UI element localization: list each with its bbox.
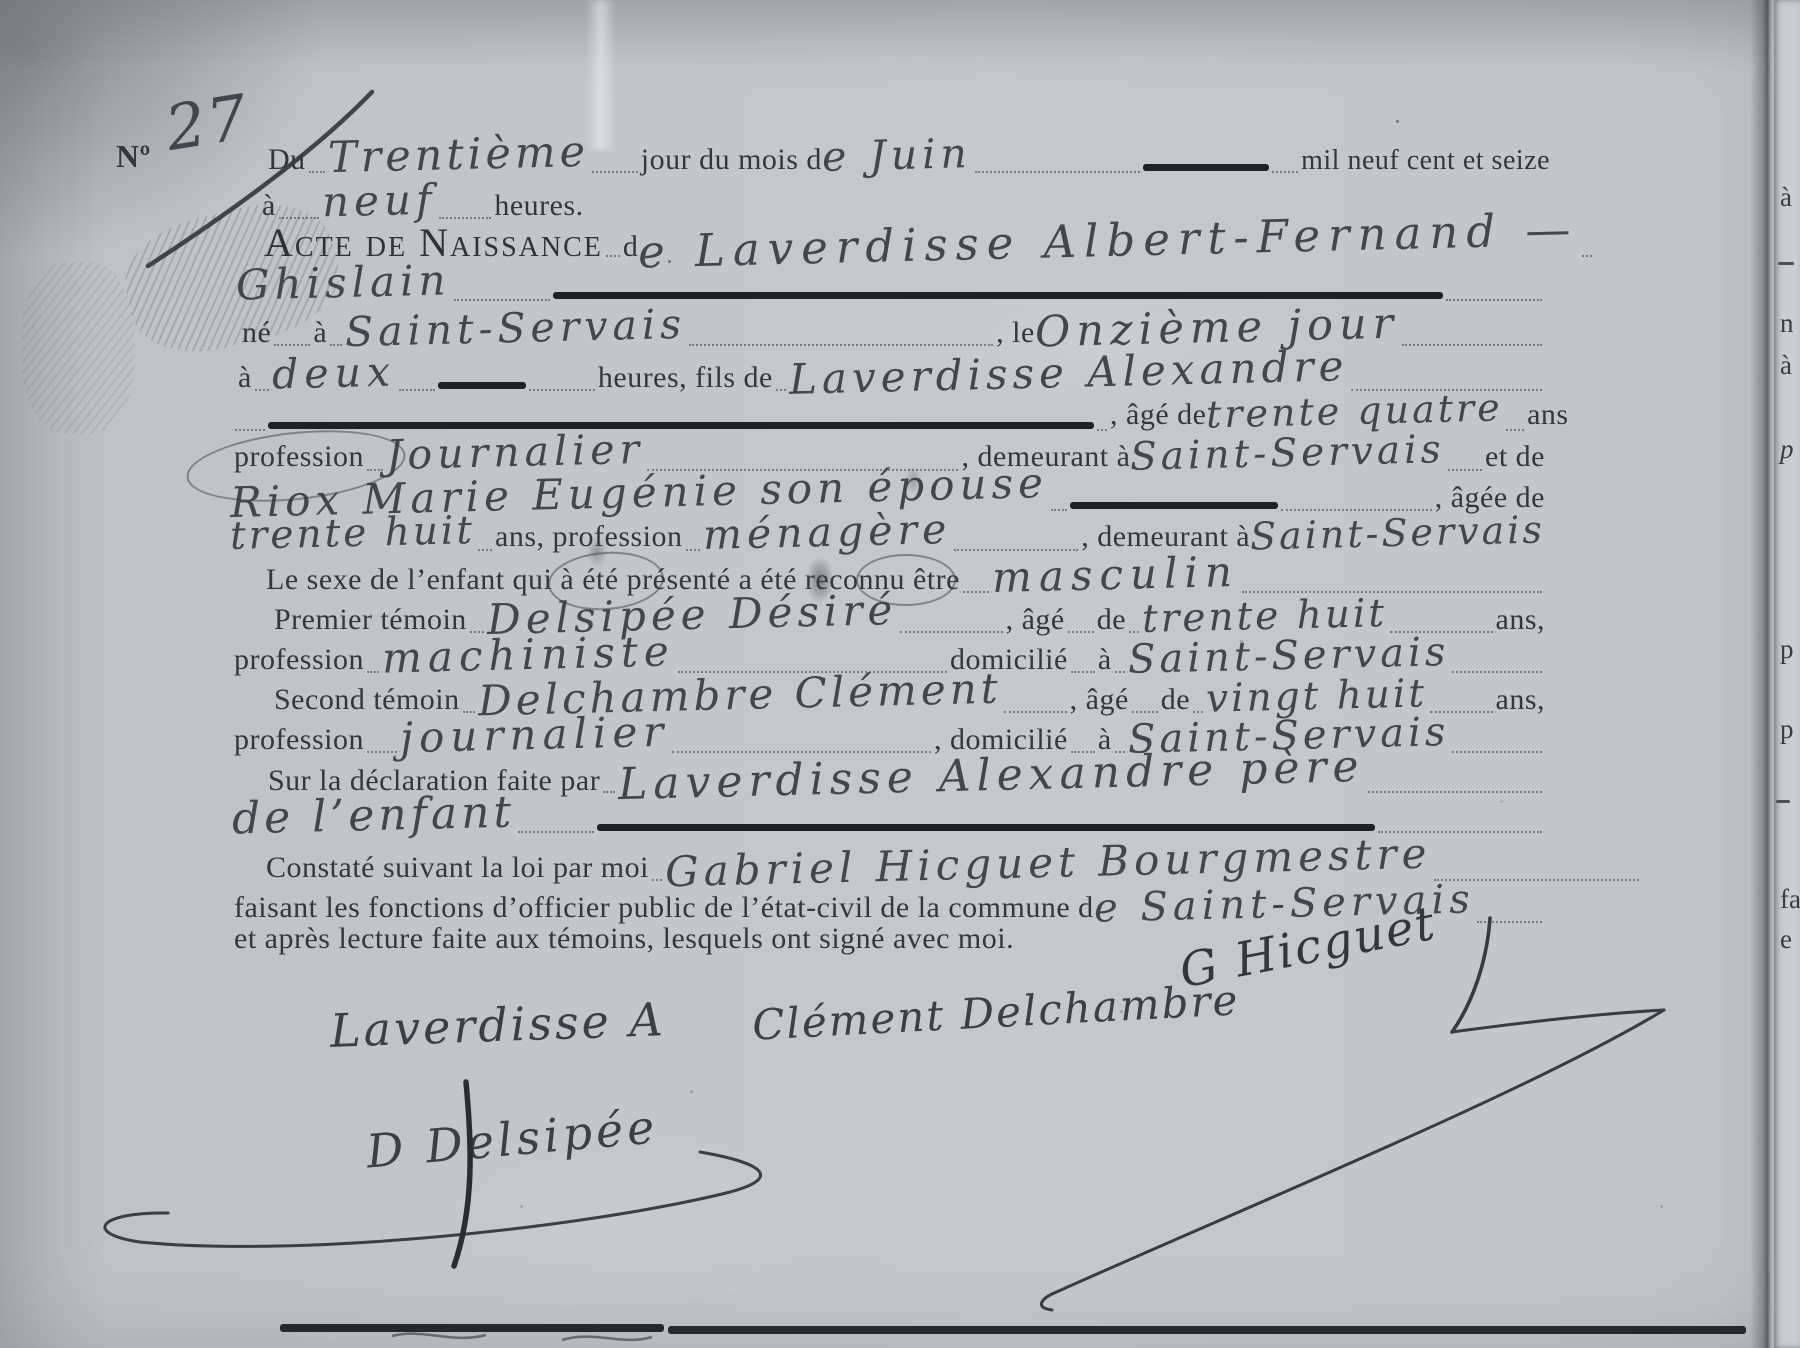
label-heures-fils-de: heures, fils de <box>598 363 773 393</box>
dotted-fill <box>1115 669 1125 673</box>
bottom-rule <box>668 1326 1746 1334</box>
ink-rule <box>553 292 1443 299</box>
margin-fragment: p <box>1780 636 1794 663</box>
label-a: à <box>238 363 252 393</box>
bottom-rule <box>280 1324 664 1332</box>
form-line-closing: et après lecture faite aux témoins, lesq… <box>234 924 1134 970</box>
dotted-fill <box>1132 709 1158 713</box>
dotted-fill <box>652 877 662 881</box>
dotted-fill <box>478 547 492 551</box>
entry-father-residence: Saint-Servais <box>1130 430 1445 477</box>
dotted-fill <box>309 169 325 173</box>
label-second-temoin: Second témoin <box>274 685 460 715</box>
label-du: Du <box>268 145 306 175</box>
label-de: de <box>1161 685 1190 715</box>
label-a: à <box>262 191 276 221</box>
dotted-fill <box>1068 629 1094 633</box>
paper-specks <box>1396 120 1399 123</box>
dotted-fill <box>454 297 550 301</box>
label-age: , âgé <box>1070 685 1129 715</box>
label-ans: ans, <box>1496 605 1546 635</box>
act-number-value: 27 <box>162 86 254 160</box>
dotted-fill <box>367 749 397 753</box>
form-line-mother-details: trente huit ans, profession ménagère , d… <box>230 512 1545 558</box>
entry-declarant-2: de l’enfant <box>232 791 516 842</box>
dotted-fill <box>255 387 269 391</box>
label-ans: ans, <box>1496 685 1546 715</box>
label-a: à <box>1098 645 1112 675</box>
dotted-fill <box>274 342 310 346</box>
dotted-fill <box>1506 427 1524 431</box>
entry-mother-age: trente huit <box>230 511 476 556</box>
label-d: d <box>623 232 639 262</box>
dotted-fill <box>1452 749 1542 753</box>
entry-mother-residence: Saint-Servais <box>1250 510 1546 555</box>
entry-registration-day: Trentième <box>327 131 589 180</box>
entry-month: e Juin <box>821 133 972 178</box>
dotted-fill <box>603 789 615 793</box>
entry-birthplace: Saint-Servais <box>345 304 687 353</box>
form-line-registration-date: Du Trentième jour du mois d e Juin mil n… <box>268 134 1550 180</box>
margin-fragment: p <box>1780 436 1794 463</box>
entry-child-name-2: Ghislain <box>236 259 452 306</box>
dotted-fill <box>1368 789 1542 793</box>
label-age: , âgé <box>1006 605 1065 635</box>
label-jour-du-mois: jour du mois d <box>641 145 822 175</box>
label-year: mil neuf cent et seize <box>1301 147 1550 175</box>
dotted-fill <box>1452 669 1542 673</box>
dotted-fill <box>518 829 594 833</box>
label-profession: profession <box>234 725 364 755</box>
pencil-hatching <box>22 262 134 434</box>
dotted-fill <box>1129 629 1139 633</box>
dotted-fill <box>592 169 638 173</box>
entry-birth-hour: deux <box>271 351 396 395</box>
dotted-fill <box>1582 253 1592 257</box>
page-fold <box>1750 0 1774 1348</box>
form-line-birthplace: né à Saint-Servais , le Onzième jour <box>242 307 1545 353</box>
dotted-fill <box>367 669 379 673</box>
label-premier-temoin: Premier témoin <box>274 605 467 635</box>
signature-second-witness: Clément Delchambre <box>751 979 1240 1046</box>
label-lecture: et après lecture faite aux témoins, lesq… <box>234 924 1014 954</box>
label-ans: ans <box>1527 400 1569 430</box>
dotted-fill <box>330 342 342 346</box>
dotted-fill <box>1242 589 1542 593</box>
dotted-fill <box>900 629 1002 633</box>
label-a: à <box>313 318 327 348</box>
dotted-fill <box>1051 507 1067 511</box>
label-le: , le <box>996 318 1035 348</box>
label-fonctions: faisant les fonctions d’officier public … <box>234 893 1094 923</box>
dotted-fill <box>1004 709 1066 713</box>
label-heures: heures. <box>494 191 583 221</box>
dotted-fill <box>689 342 993 346</box>
pencil-circle <box>856 554 956 606</box>
entry-sex: masculin <box>991 551 1239 599</box>
dotted-fill <box>1477 919 1542 923</box>
paper-streak <box>586 0 616 150</box>
margin-fragment: fa <box>1780 886 1800 913</box>
dotted-fill <box>399 387 435 391</box>
entry-second-witness-profession: journalier <box>400 711 670 760</box>
ink-dash <box>1070 502 1278 509</box>
dotted-fill <box>1097 427 1107 431</box>
entry-mother-profession: ménagère <box>702 509 951 556</box>
ink-smudge <box>806 556 834 604</box>
entry-hour: neuf <box>321 179 436 224</box>
form-line-act-title: Acte de Naissance d e Laverdisse Albert-… <box>264 218 1545 264</box>
ink-dash <box>438 382 526 389</box>
dotted-fill <box>1402 342 1542 346</box>
label-de: de <box>1097 605 1126 635</box>
margin-dash <box>1778 262 1794 265</box>
dotted-fill <box>975 169 1141 173</box>
margin-fragment: à <box>1780 184 1792 211</box>
dotted-fill <box>606 253 620 257</box>
ink-smudge <box>586 536 608 568</box>
ink-dash <box>1143 164 1269 171</box>
dotted-fill <box>529 387 595 391</box>
dotted-fill <box>235 427 265 431</box>
dotted-fill <box>963 589 989 593</box>
ink-rule <box>268 422 1094 429</box>
signature-father: Laverdisse A <box>329 996 666 1054</box>
dotted-fill <box>1071 669 1095 673</box>
entry-father-age: trente quatre <box>1206 388 1503 433</box>
act-number-label: Nº <box>116 140 151 172</box>
margin-fragment: n <box>1780 310 1794 337</box>
label-profession: profession <box>234 645 364 675</box>
margin-fragment: p <box>1780 716 1794 743</box>
dotted-fill <box>1446 297 1542 301</box>
label-constate: Constaté suivant la loi par moi <box>266 853 649 883</box>
margin-fragment: e <box>1780 926 1792 953</box>
dotted-fill <box>1448 467 1482 471</box>
ink-smudge <box>904 466 922 494</box>
dotted-fill <box>776 387 786 391</box>
label-age-de: , âgé de <box>1110 400 1206 430</box>
label-et-de: et de <box>1485 442 1545 472</box>
scanned-birth-certificate: Nº 27 Du Trentième jour du mois d e Juin… <box>0 0 1800 1348</box>
label-ne: né <box>242 318 271 348</box>
dotted-fill <box>686 547 700 551</box>
margin-dash <box>1776 800 1790 803</box>
dotted-fill <box>1193 709 1203 713</box>
ink-rule <box>597 824 1375 831</box>
dotted-fill <box>1272 169 1298 173</box>
margin-fragment: à <box>1780 352 1792 379</box>
